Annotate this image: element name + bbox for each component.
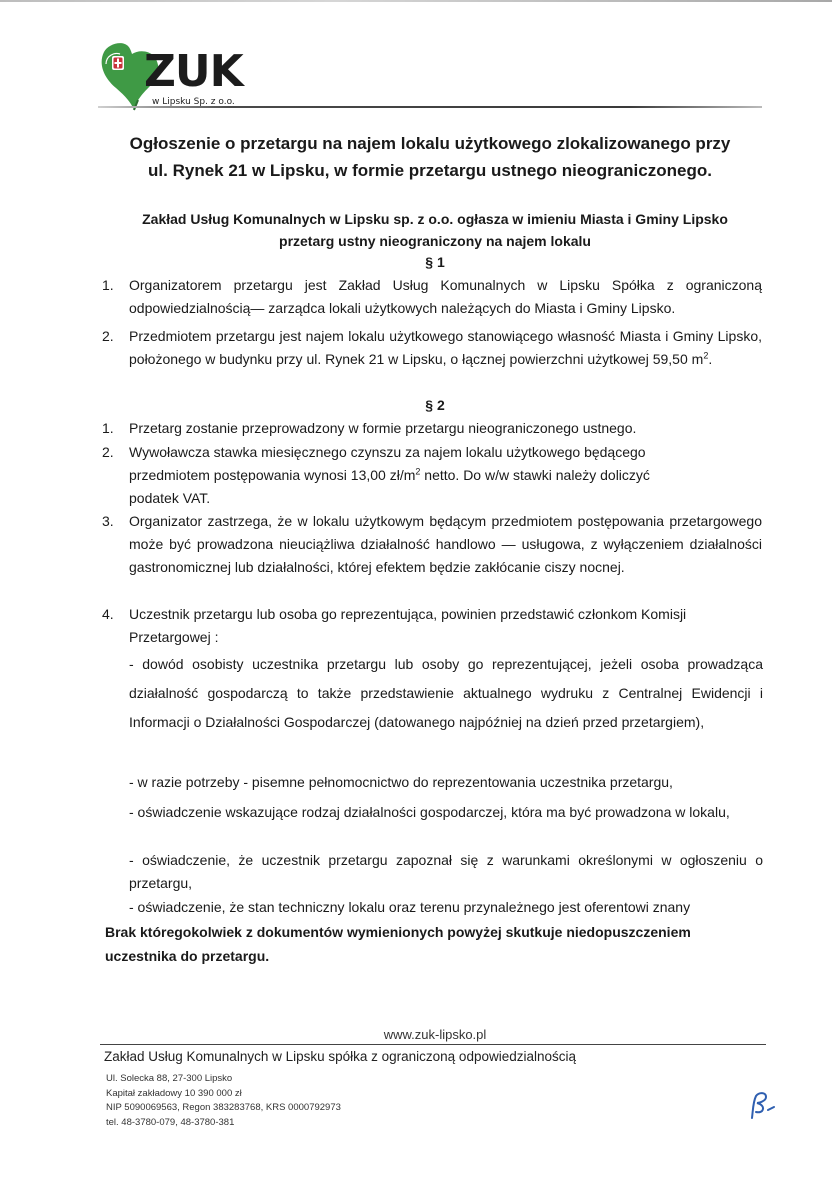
- item-text: Przetarg zostanie przeprowadzony w formi…: [129, 417, 762, 440]
- footer-divider: [100, 1044, 766, 1045]
- item-number: 3.: [102, 510, 128, 533]
- item-text-tail: .: [708, 351, 712, 367]
- section2-item-2: 2. Wywoławcza stawka miesięcznego czynsz…: [102, 441, 762, 510]
- item-line-2: Przetargowej :: [129, 626, 762, 649]
- item-line-2: przedmiotem postępowania wynosi 13,00 zł…: [129, 464, 762, 487]
- item-text-wrap: Uczestnik przetargu lub osoba go repreze…: [129, 603, 762, 649]
- item-text: Organizator zastrzega, że w lokalu użytk…: [129, 510, 762, 579]
- requirement-bullet-1: - dowód osobisty uczestnika przetargu lu…: [129, 650, 763, 737]
- footer-website-link[interactable]: www.zuk-lipsko.pl: [100, 1027, 770, 1042]
- footer-capital: Kapitał zakładowy 10 390 000 zł: [106, 1087, 341, 1102]
- footer-registry: NIP 5090069563, Regon 383283768, KRS 000…: [106, 1101, 341, 1116]
- header-divider: [98, 106, 762, 108]
- requirement-bullet-2: - w razie potrzeby - pisemne pełnomocnic…: [129, 771, 763, 794]
- intro-line-2: przetarg ustny nieograniczony na najem l…: [100, 230, 770, 252]
- item-number: 1.: [102, 274, 128, 297]
- footer-address: Ul. Solecka 88, 27-300 Lipsko: [106, 1072, 341, 1087]
- item-line-3: podatek VAT.: [129, 487, 762, 510]
- item-number: 1.: [102, 417, 128, 440]
- item-number: 2.: [102, 441, 128, 464]
- item-text-wrap: Przedmiotem przetargu jest najem lokalu …: [129, 325, 762, 371]
- document-intro: Zakład Usług Komunalnych w Lipsku sp. z …: [100, 208, 770, 252]
- title-line-2: ul. Rynek 21 w Lipsku, w formie przetarg…: [100, 157, 760, 184]
- document-title: Ogłoszenie o przetargu na najem lokalu u…: [100, 130, 760, 184]
- item-line-1: Wywoławcza stawka miesięcznego czynszu z…: [129, 441, 762, 464]
- section1-item-2: 2. Przedmiotem przetargu jest najem loka…: [102, 325, 762, 371]
- closing-statement: Brak któregokolwiek z dokumentów wymieni…: [105, 920, 765, 968]
- handwritten-initials-icon: [744, 1088, 784, 1124]
- footer-company-name: Zakład Usług Komunalnych w Lipsku spółka…: [104, 1049, 576, 1064]
- item-number: 4.: [102, 603, 128, 626]
- section-heading-2: § 2: [100, 397, 770, 413]
- section1-item-1: 1. Organizatorem przetargu jest Zakład U…: [102, 274, 762, 320]
- title-line-1: Ogłoszenie o przetargu na najem lokalu u…: [100, 130, 760, 157]
- item-text: Przedmiotem przetargu jest najem lokalu …: [129, 328, 762, 367]
- requirement-bullet-3: - oświadczenie wskazujące rodzaj działal…: [129, 801, 763, 824]
- intro-line-1: Zakład Usług Komunalnych w Lipsku sp. z …: [100, 208, 770, 230]
- item-text: Organizatorem przetargu jest Zakład Usłu…: [129, 274, 762, 320]
- item-line-2b: netto. Do w/w stawki należy doliczyć: [420, 467, 650, 483]
- item-text-wrap: Wywoławcza stawka miesięcznego czynszu z…: [129, 441, 762, 510]
- requirement-bullet-5: - oświadczenie, że stan techniczny lokal…: [129, 896, 763, 919]
- requirement-bullet-4: - oświadczenie, że uczestnik przetargu z…: [129, 849, 763, 895]
- footer-phone: tel. 48-3780-079, 48-3780-381: [106, 1116, 341, 1131]
- logo-wordmark: ZUK: [144, 48, 243, 96]
- section2-item-1: 1. Przetarg zostanie przeprowadzony w fo…: [102, 417, 762, 440]
- item-number: 2.: [102, 325, 128, 348]
- section2-item-3: 3. Organizator zastrzega, że w lokalu uż…: [102, 510, 762, 579]
- item-line-1: Uczestnik przetargu lub osoba go repreze…: [129, 603, 762, 626]
- scan-edge: [0, 0, 832, 2]
- company-logo: ZUK w Lipsku Sp. z o.o.: [100, 42, 260, 110]
- item-line-2a: przedmiotem postępowania wynosi 13,00 zł…: [129, 467, 415, 483]
- section2-item-4: 4. Uczestnik przetargu lub osoba go repr…: [102, 603, 762, 649]
- section-heading-1: § 1: [100, 254, 770, 270]
- footer-details: Ul. Solecka 88, 27-300 Lipsko Kapitał za…: [106, 1072, 341, 1130]
